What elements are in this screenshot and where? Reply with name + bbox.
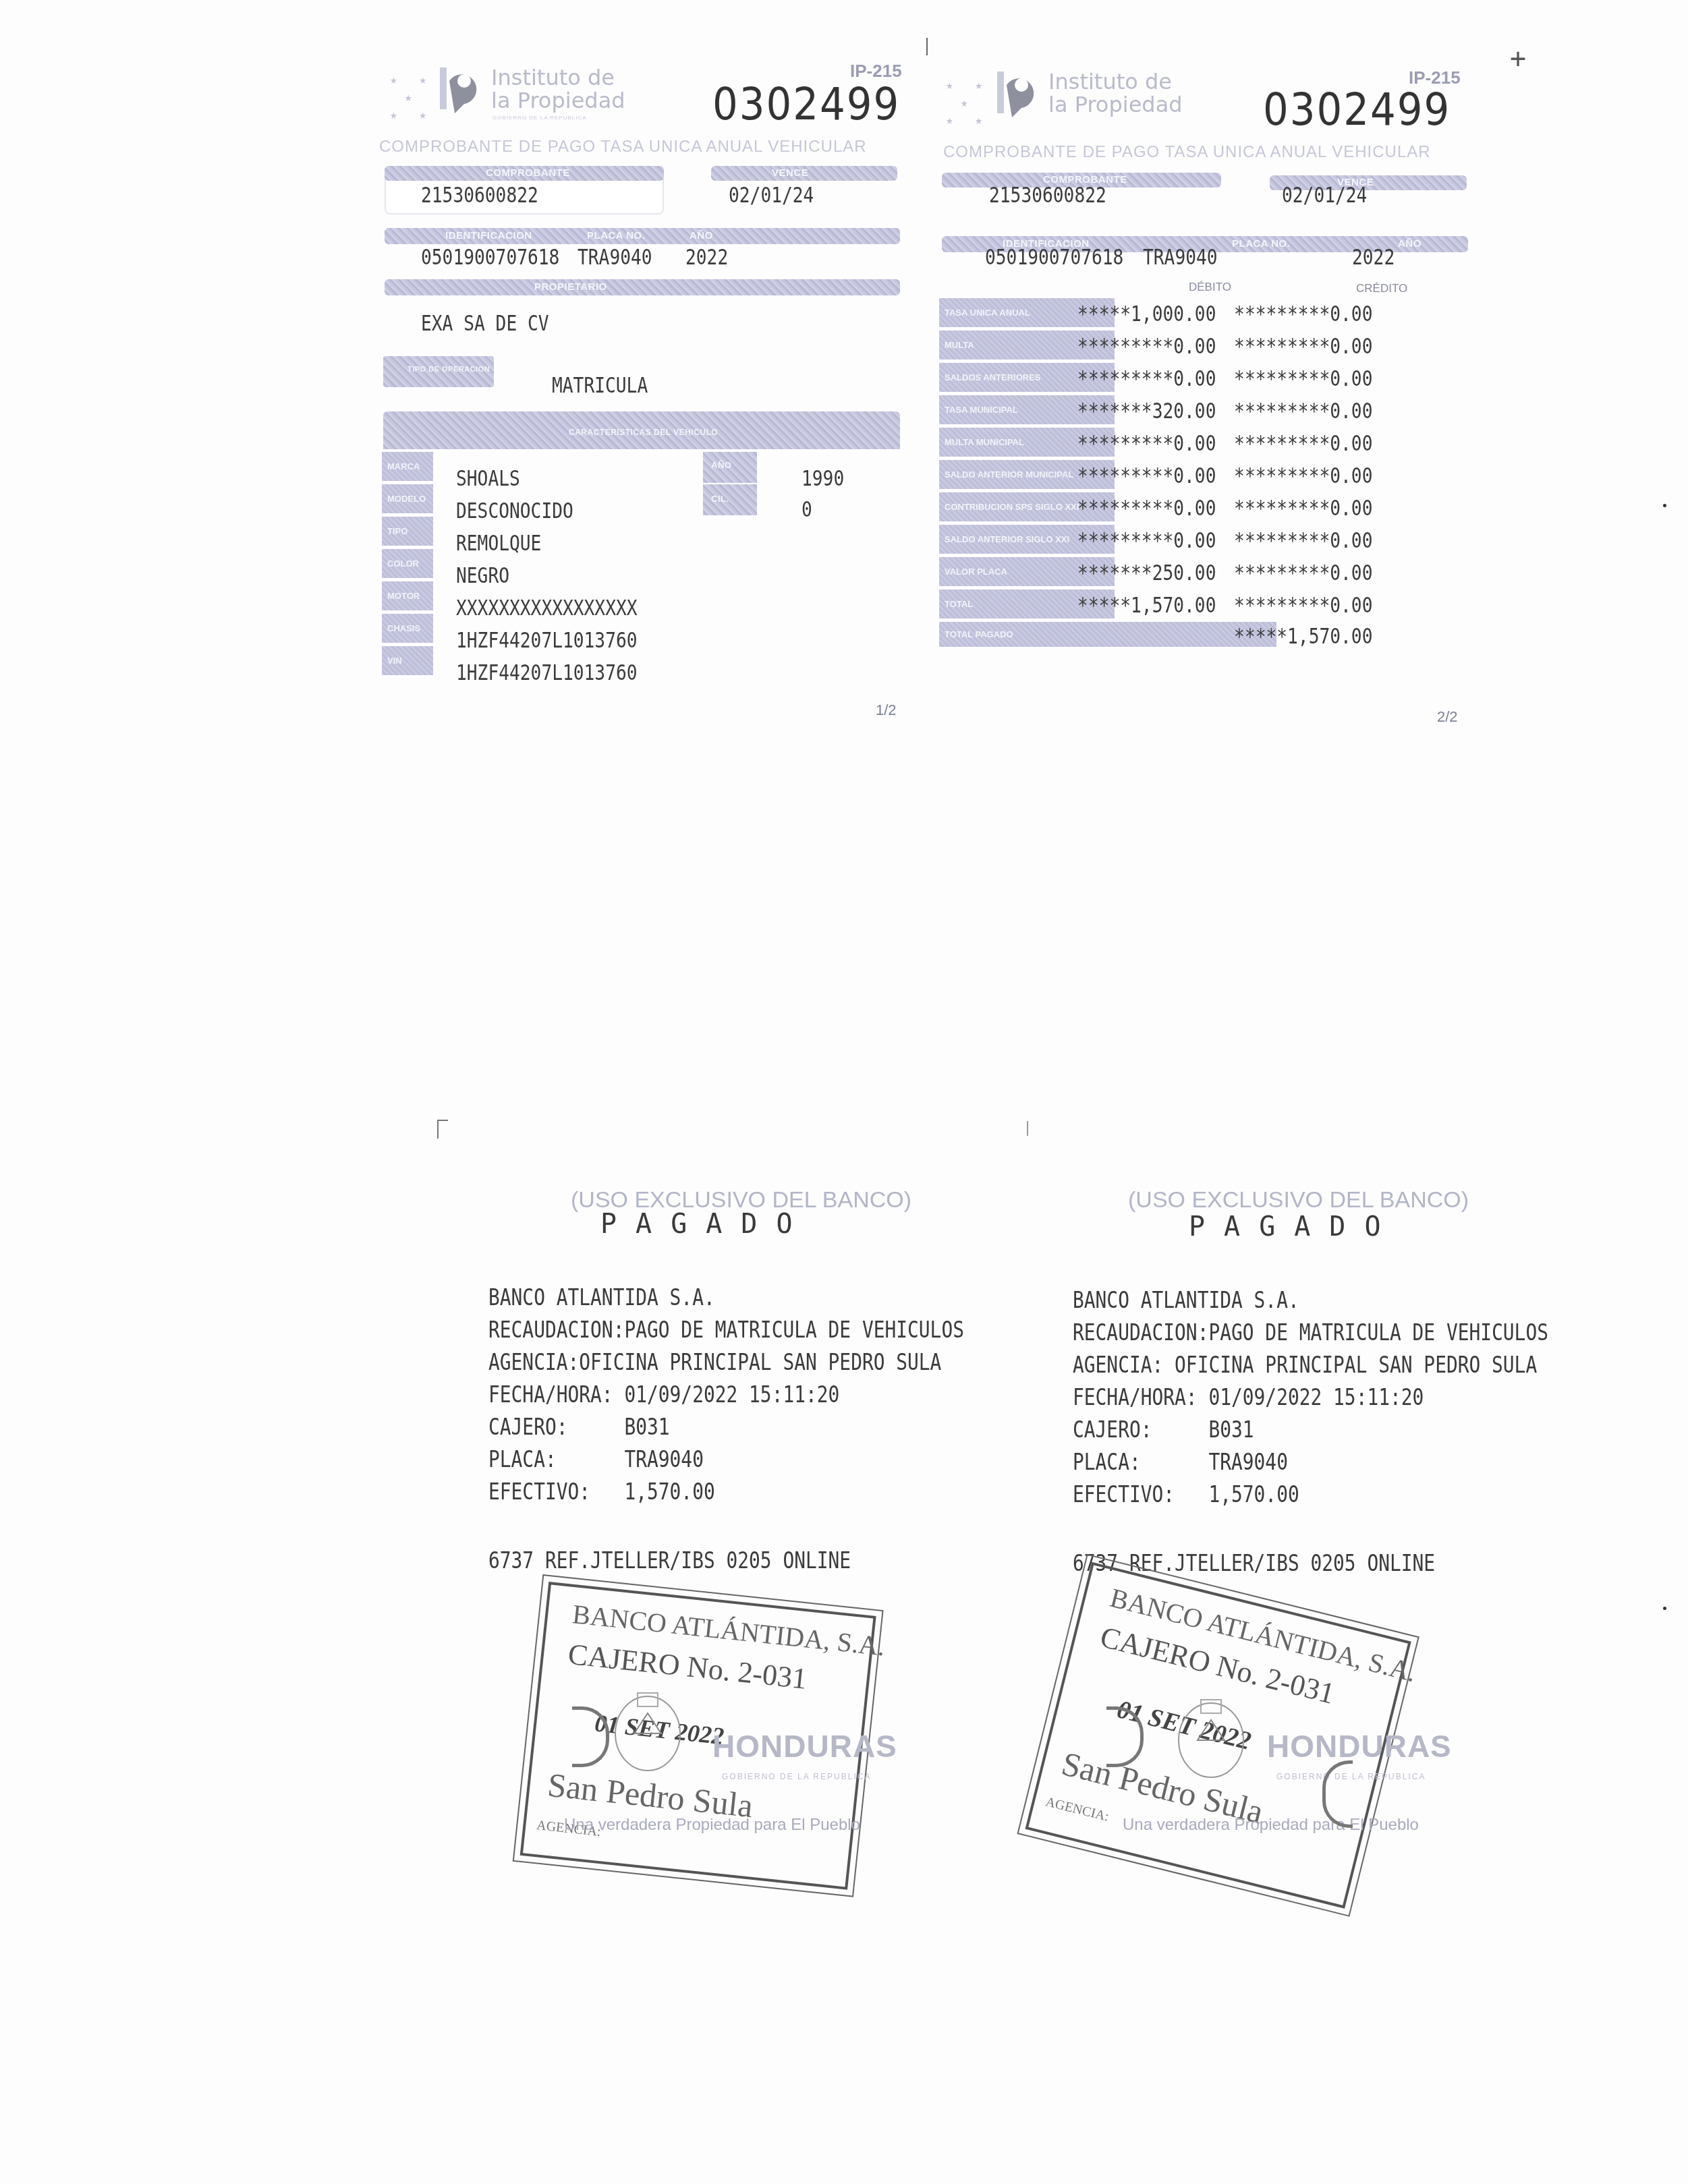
bank-reference: 6737 REF.JTELLER/IBS 0205 ONLINE: [488, 1545, 851, 1577]
charge-credito: *********0.00: [1234, 366, 1372, 391]
crop-mark-icon: [437, 1120, 448, 1121]
paid-status: PAGADO: [600, 1209, 812, 1240]
vence-value: 02/01/24: [1282, 182, 1367, 208]
charge-credito: *********0.00: [1234, 430, 1372, 456]
charge-debito: *********0.00: [1077, 463, 1216, 488]
bank-receipt-line: PLACA: TRA9040: [1073, 1446, 1548, 1478]
vehicle-value: 1HZF44207L1013760: [456, 660, 638, 685]
bank-receipt-line: CAJERO: B031: [1073, 1414, 1548, 1446]
bank-receipt-line: FECHA/HORA: 01/09/2022 15:11:20: [488, 1379, 964, 1411]
vehicle-value: REMOLQUE: [456, 530, 541, 556]
ip-logo-icon: [440, 61, 480, 115]
charge-credito: *********0.00: [1234, 560, 1372, 585]
gov-watermark: GOBIERNO DE LA REPUBLICA: [722, 1772, 871, 1781]
bank-receipt-line: BANCO ATLANTIDA S.A.: [488, 1282, 964, 1314]
comprobante-value: 21530600822: [989, 182, 1106, 208]
scan-dot: [1663, 504, 1666, 507]
charge-debito: *********0.00: [1077, 333, 1216, 359]
charge-debito: *****1,570.00: [1077, 592, 1216, 618]
vence-label-bar: VENCE: [711, 166, 897, 181]
charge-credito: *********0.00: [1234, 301, 1372, 326]
bank-receipt-2: (USO EXCLUSIVO DEL BANCO) PAGADO BANCO A…: [1050, 1187, 1589, 1592]
vehicle-cil-value: 0: [801, 496, 812, 522]
folio-number: 0302499: [712, 78, 900, 130]
anio-value: 2022: [685, 244, 728, 270]
comprobante-label-bar: COMPROBANTE: [385, 166, 664, 181]
honduras-stars-icon: ★ ★ ★★ ★: [390, 71, 426, 124]
charge-credito: *********0.00: [1234, 527, 1372, 553]
bank-receipt-1: (USO EXCLUSIVO DEL BANCO) PAGADO BANCO A…: [472, 1187, 1012, 1592]
charge-credito: *********0.00: [1234, 495, 1372, 521]
charges-table: TASA UNICA ANUAL*****1,000.00*********0.…: [939, 298, 1465, 662]
tipo-operacion-label-bar: TIPO DE OPERACION: [383, 356, 494, 387]
bank-receipt-line: BANCO ATLANTIDA S.A.: [1073, 1284, 1548, 1317]
bank-receipt-line: FECHA/HORA: 01/09/2022 15:11:20: [1073, 1381, 1548, 1414]
folio-number: 0302499: [1263, 84, 1451, 136]
bank-receipt-line: CAJERO: B031: [488, 1411, 964, 1443]
caracteristicas-label-bar: CARACTERISTICAS DEL VEHICULO: [383, 411, 900, 449]
vehicle-value: XXXXXXXXXXXXXXXXX: [456, 595, 638, 621]
receipt-page-1: ★ ★ ★★ ★ Instituto de la Propiedad GOBIE…: [378, 47, 918, 728]
vehicle-value: DESCONOCIDO: [456, 498, 573, 523]
placa-value: TRA9040: [1143, 244, 1218, 270]
total-pagado-value: *****1,570.00: [1234, 623, 1372, 649]
propietario-label-bar: PROPIETARIO: [385, 279, 900, 295]
comprobante-value: 21530600822: [421, 182, 538, 208]
institution-name: Instituto de la Propiedad: [1048, 70, 1183, 116]
slogan-watermark: Una verdadera Propiedad para El Pueblo: [1123, 1816, 1419, 1835]
vehicle-label-modelo: MODELO: [382, 484, 433, 515]
vehicle-label-tipo: TIPO: [382, 517, 433, 548]
honduras-watermark: HONDURAS: [1267, 1728, 1452, 1764]
propietario-value: EXA SA DE CV: [421, 310, 549, 336]
scan-dot: [1663, 1607, 1666, 1610]
honduras-watermark: HONDURAS: [712, 1728, 897, 1764]
vehicle-value: 1HZF44207L1013760: [456, 627, 638, 653]
charge-debito: *********0.00: [1077, 430, 1216, 456]
receipt-page-2: ★ ★ ★★ ★ Instituto de la Propiedad IP-21…: [939, 47, 1479, 728]
bank-receipt-line: AGENCIA: OFICINA PRINCIPAL SAN PEDRO SUL…: [1073, 1349, 1548, 1381]
receipt-title: COMPROBANTE DE PAGO TASA UNICA ANUAL VEH…: [943, 143, 1431, 162]
total-pagado-label: TOTAL PAGADO: [939, 622, 1276, 649]
paid-status: PAGADO: [1189, 1211, 1400, 1242]
charge-debito: *********0.00: [1077, 495, 1216, 521]
coat-of-arms-icon: [1174, 1693, 1248, 1781]
cil-label-box: CIL.: [703, 484, 757, 515]
placa-value: TRA9040: [578, 244, 652, 270]
identificacion-value: 0501900707618: [985, 244, 1123, 270]
charge-debito: *****1,000.00: [1077, 301, 1216, 326]
vehicle-labels-column: MARCAMODELOTIPOCOLORMOTORCHASISVIN: [382, 452, 433, 681]
debito-header: DÉBITO: [1189, 281, 1231, 294]
honduras-stars-icon: ★ ★ ★★ ★: [946, 77, 982, 130]
charge-credito: *********0.00: [1234, 333, 1372, 359]
bank-receipt-line: PLACA: TRA9040: [488, 1443, 964, 1476]
crop-mark-icon: +: [1510, 43, 1526, 74]
charge-credito: *********0.00: [1234, 398, 1372, 424]
slogan-watermark: Una verdadera Propiedad para El Pueblo: [564, 1816, 860, 1835]
charge-credito: *********0.00: [1234, 463, 1372, 488]
crop-mark-icon: [1027, 1121, 1028, 1136]
vehicle-value: SHOALS: [456, 465, 520, 491]
ip-logo-icon: [997, 65, 1038, 119]
vehicle-label-vin: VIN: [382, 646, 433, 677]
charge-debito: *********0.00: [1077, 527, 1216, 553]
bank-receipt-lines: BANCO ATLANTIDA S.A.RECAUDACION:PAGO DE …: [488, 1282, 1069, 1508]
vehicle-label-color: COLOR: [382, 549, 433, 580]
vehicle-label-marca: MARCA: [382, 452, 433, 483]
vehicle-label-motor: MOTOR: [382, 581, 433, 612]
identificacion-label-bar: IDENTIFICACION PLACA No. AÑO: [385, 228, 900, 244]
bank-receipt-line: AGENCIA:OFICINA PRINCIPAL SAN PEDRO SULA: [488, 1346, 964, 1379]
crop-mark-icon: [437, 1120, 439, 1139]
bank-receipt-line: EFECTIVO: 1,570.00: [1073, 1478, 1548, 1511]
vehicle-label-chasis: CHASIS: [382, 614, 433, 645]
charge-debito: *********0.00: [1077, 366, 1216, 391]
vehicle-anio-value: 1990: [801, 465, 844, 491]
credito-header: CRÉDITO: [1356, 282, 1407, 295]
scan-mark: [926, 38, 928, 55]
anio-label-box: AÑO: [703, 452, 757, 483]
page-number: 2/2: [1437, 708, 1458, 726]
coat-of-arms-icon: [611, 1686, 685, 1774]
charge-credito: *********0.00: [1234, 592, 1372, 618]
bank-receipt-line: EFECTIVO: 1,570.00: [488, 1476, 964, 1508]
anio-value: 2022: [1352, 244, 1395, 270]
institution-name: Instituto de la Propiedad: [491, 66, 625, 112]
charge-debito: *******320.00: [1077, 398, 1216, 424]
institution-tagline: GOBIERNO DE LA REPUBLICA: [493, 115, 587, 121]
bank-receipt-line: RECAUDACION:PAGO DE MATRICULA DE VEHICUL…: [1073, 1317, 1548, 1349]
vence-value: 02/01/24: [729, 182, 814, 208]
page-number: 1/2: [876, 701, 897, 719]
bank-use-heading: (USO EXCLUSIVO DEL BANCO): [1128, 1187, 1469, 1213]
receipt-title: COMPROBANTE DE PAGO TASA UNICA ANUAL VEH…: [379, 138, 867, 156]
tipo-operacion-value: MATRICULA: [552, 372, 648, 398]
bank-receipt-line: RECAUDACION:PAGO DE MATRICULA DE VEHICUL…: [488, 1314, 964, 1346]
charge-debito: *******250.00: [1077, 560, 1216, 585]
identificacion-value: 0501900707618: [421, 244, 559, 270]
vehicle-value: NEGRO: [456, 563, 509, 588]
bank-receipt-lines: BANCO ATLANTIDA S.A.RECAUDACION:PAGO DE …: [1073, 1284, 1653, 1511]
